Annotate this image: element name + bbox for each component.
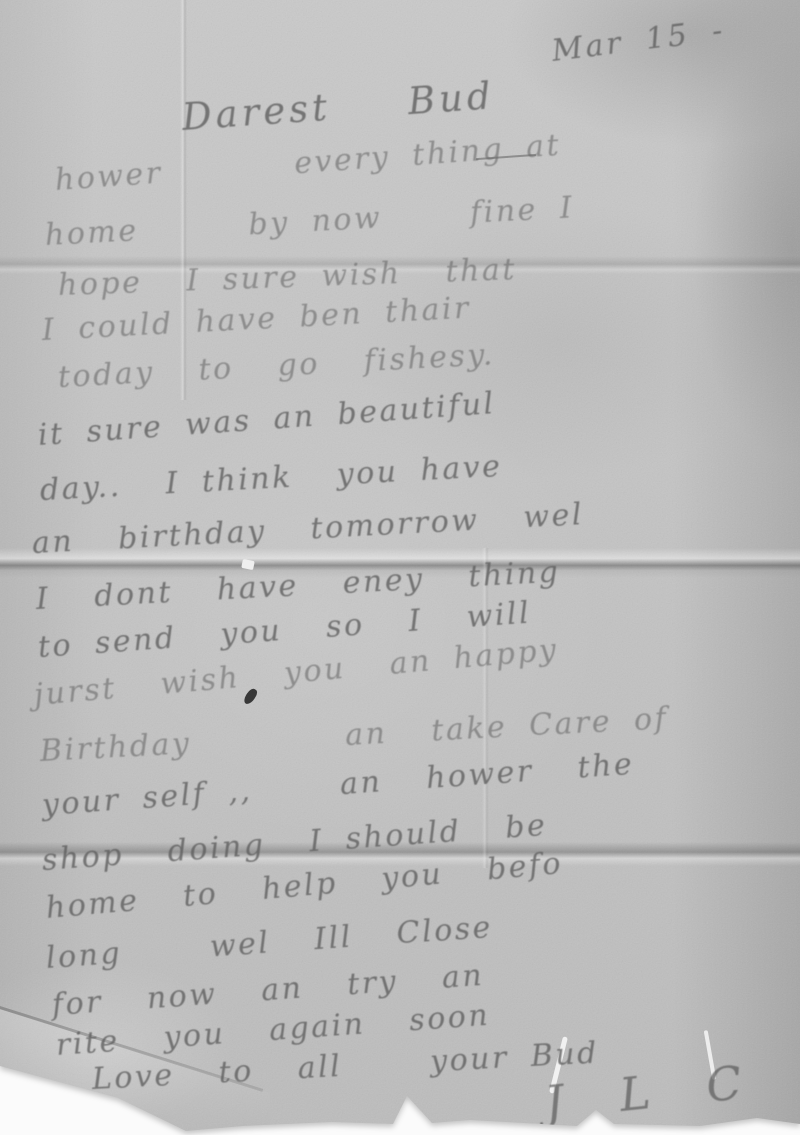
- letter-line: today to go fishesy.: [57, 337, 496, 395]
- letter-line: day.. I think you have: [39, 449, 503, 508]
- letter-line: hower every thing at: [54, 128, 562, 198]
- tear-crack-middle-crease: [241, 559, 255, 570]
- letter-scan: Mar 15 - Darest Bud hower every thing at…: [0, 0, 800, 1135]
- paper-surface: Mar 15 - Darest Bud hower every thing at…: [0, 0, 800, 1135]
- letter-line: home by now fine I: [44, 190, 575, 253]
- letter-line: it sure was an beautiful: [37, 386, 497, 453]
- letter-salutation: Darest Bud: [181, 74, 496, 139]
- letter-paper: Mar 15 - Darest Bud hower every thing at…: [0, 0, 800, 1135]
- letter-line: an birthday tomorrow wel: [31, 497, 585, 561]
- letter-date: Mar 15 -: [550, 13, 727, 69]
